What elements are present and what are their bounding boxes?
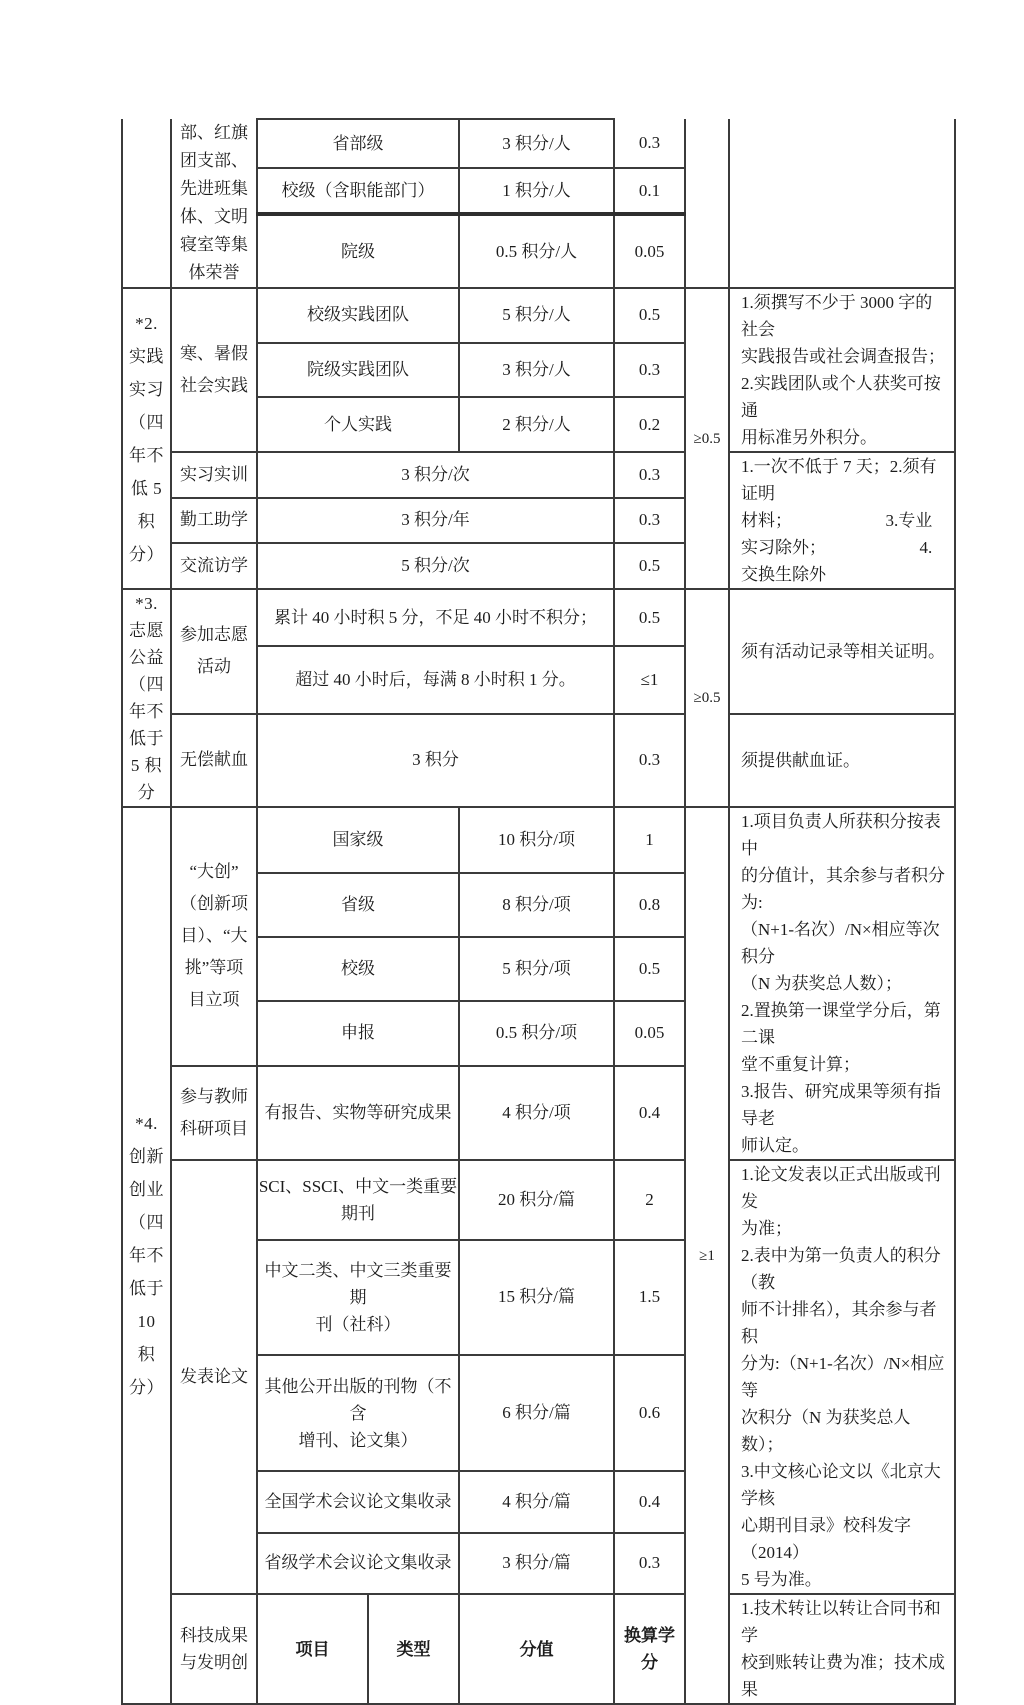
s4-points-apply: 0.5 积分/项 <box>459 1001 614 1065</box>
s1-item-2: 院级 <box>257 214 459 288</box>
s2-item-2: 个人实践 <box>257 397 459 452</box>
s2-points-0: 5 积分/人 <box>459 288 614 343</box>
s4-note-c: 1.技术转让以转让合同书和学 校到账转让费为准；技术成果 <box>729 1594 955 1704</box>
s2-label-exchange: 交流访学 <box>171 543 257 589</box>
s2-item-1: 院级实践团队 <box>257 343 459 398</box>
s4-group-research: 参与教师 科研项目 <box>171 1066 257 1160</box>
page-background: 部、红旗 团支部、 先进班集 体、文明 寝室等集 体荣誉 省部级 3 积分/人 … <box>0 0 1024 1448</box>
s4-points-national: 10 积分/项 <box>459 807 614 873</box>
s2-credit-2: 0.2 <box>614 397 685 452</box>
s2-points-internship: 3 积分/次 <box>257 452 614 498</box>
s3-credit-1: ≤1 <box>614 646 685 714</box>
s4-credit-provincial: 0.8 <box>614 873 685 937</box>
s4-subheader-score: 分值 <box>459 1594 614 1704</box>
s1-credit-0: 0.3 <box>614 119 685 168</box>
s4-subheader-type: 类型 <box>368 1594 459 1704</box>
s2-points-1: 3 积分/人 <box>459 343 614 398</box>
s3-desc-1: 超过 40 小时后，每满 8 小时积 1 分。 <box>257 646 614 714</box>
s1-points-0: 3 积分/人 <box>459 119 614 168</box>
s1-points-2: 0.5 积分/人 <box>459 214 614 288</box>
s2-credit-exchange: 0.5 <box>614 543 685 589</box>
s2-note-b: 1.一次不低于 7 天；2.须有证明 材料； 3.专业 实习除外； 4. 交换生… <box>729 452 955 589</box>
s3-credit-0: 0.5 <box>614 589 685 646</box>
s4-points-other-pub: 6 积分/篇 <box>459 1355 614 1471</box>
s4-subheader-credit: 换算学 分 <box>614 1594 685 1704</box>
s4-group-dachuang: “大创” （创新项 目）、“大 挑”等项 目立项 <box>171 807 257 1066</box>
s4-category-label: *4. 创新 创业 （四 年不 低于 10 积 分） <box>122 807 171 1704</box>
s4-subheader-project: 项目 <box>257 1594 368 1704</box>
s4-points-sci: 20 积分/篇 <box>459 1160 614 1240</box>
s2-note-a: 1.须撰写不少于 3000 字的社会 实践报告或社会调查报告； 2.实践团队或个… <box>729 288 955 452</box>
s3-note-a: 须有活动记录等相关证明。 <box>729 589 955 714</box>
s4-item-provincial: 省级 <box>257 873 459 937</box>
credit-conversion-table: 部、红旗 团支部、 先进班集 体、文明 寝室等集 体荣誉 省部级 3 积分/人 … <box>121 118 956 1705</box>
s1-note-cell <box>729 119 955 288</box>
s4-note-a: 1.项目负责人所获积分按表中 的分值计，其余参与者积分为: （N+1-名次）/N… <box>729 807 955 1160</box>
s4-points-school: 5 积分/项 <box>459 937 614 1001</box>
s2-credit-internship: 0.3 <box>614 452 685 498</box>
s1-threshold-cell <box>685 119 729 288</box>
s4-credit-research: 0.4 <box>614 1066 685 1160</box>
s2-group-label: 寒、暑假 社会实践 <box>171 288 257 452</box>
s4-item-apply: 申报 <box>257 1001 459 1065</box>
s2-points-2: 2 积分/人 <box>459 397 614 452</box>
s2-credit-0: 0.5 <box>614 288 685 343</box>
s2-category-label: *2. 实践 实习 （四 年不 低 5 积 分） <box>122 288 171 589</box>
document-page: { "page": {"background": "#ffffff", "ink… <box>0 0 1024 1448</box>
s1-group-label: 部、红旗 团支部、 先进班集 体、文明 寝室等集 体荣誉 <box>171 119 257 288</box>
s4-credit-cn2: 1.5 <box>614 1240 685 1356</box>
s3-group-label: 参加志愿 活动 <box>171 589 257 714</box>
s4-points-research: 4 积分/项 <box>459 1066 614 1160</box>
s3-desc-0: 累计 40 小时积 5 分，不足 40 小时不积分； <box>257 589 614 646</box>
s3-label-blood: 无偿献血 <box>171 714 257 807</box>
s2-credit-workstudy: 0.3 <box>614 498 685 544</box>
s4-points-provconf: 3 积分/篇 <box>459 1533 614 1594</box>
s1-credit-1: 0.1 <box>614 168 685 214</box>
s4-group-tech: 科技成果 与发明创 <box>171 1594 257 1704</box>
s4-credit-natconf: 0.4 <box>614 1471 685 1532</box>
s2-points-exchange: 5 积分/次 <box>257 543 614 589</box>
s2-label-workstudy: 勤工助学 <box>171 498 257 544</box>
s2-credit-1: 0.3 <box>614 343 685 398</box>
s4-item-natconf: 全国学术会议论文集收录 <box>257 1471 459 1532</box>
s4-note-b: 1.论文发表以正式出版或刊发 为准； 2.表中为第一负责人的积分（教 师不计排名… <box>729 1160 955 1594</box>
s1-item-0: 省部级 <box>257 119 459 168</box>
s4-credit-sci: 2 <box>614 1160 685 1240</box>
s4-credit-apply: 0.05 <box>614 1001 685 1065</box>
s4-points-cn2: 15 积分/篇 <box>459 1240 614 1356</box>
s4-item-research: 有报告、实物等研究成果 <box>257 1066 459 1160</box>
s3-desc-blood: 3 积分 <box>257 714 614 807</box>
s1-item-1: 校级（含职能部门） <box>257 168 459 214</box>
s3-note-b: 须提供献血证。 <box>729 714 955 807</box>
s4-item-school: 校级 <box>257 937 459 1001</box>
s4-points-provincial: 8 积分/项 <box>459 873 614 937</box>
s4-item-national: 国家级 <box>257 807 459 873</box>
s4-item-other-pub: 其他公开出版的刊物（不含 增刊、论文集） <box>257 1355 459 1471</box>
s3-category-label: *3. 志愿 公益 （四 年不 低于 5 积 分 <box>122 589 171 807</box>
s2-item-0: 校级实践团队 <box>257 288 459 343</box>
s2-threshold: ≥0.5 <box>685 288 729 589</box>
s4-item-sci: SCI、SSCI、中文一类重要 期刊 <box>257 1160 459 1240</box>
s4-group-papers: 发表论文 <box>171 1160 257 1594</box>
s4-item-cn2: 中文二类、中文三类重要期 刊（社科） <box>257 1240 459 1356</box>
s1-points-1: 1 积分/人 <box>459 168 614 214</box>
s3-credit-blood: 0.3 <box>614 714 685 807</box>
s2-points-workstudy: 3 积分/年 <box>257 498 614 544</box>
s4-credit-national: 1 <box>614 807 685 873</box>
s4-item-provconf: 省级学术会议论文集收录 <box>257 1533 459 1594</box>
s4-credit-other-pub: 0.6 <box>614 1355 685 1471</box>
s2-label-internship: 实习实训 <box>171 452 257 498</box>
s1-credit-2: 0.05 <box>614 214 685 288</box>
s4-credit-provconf: 0.3 <box>614 1533 685 1594</box>
s4-points-natconf: 4 积分/篇 <box>459 1471 614 1532</box>
s3-threshold: ≥0.5 <box>685 589 729 807</box>
s4-credit-school: 0.5 <box>614 937 685 1001</box>
s4-threshold: ≥1 <box>685 807 729 1704</box>
s1-category-cell <box>122 119 171 288</box>
